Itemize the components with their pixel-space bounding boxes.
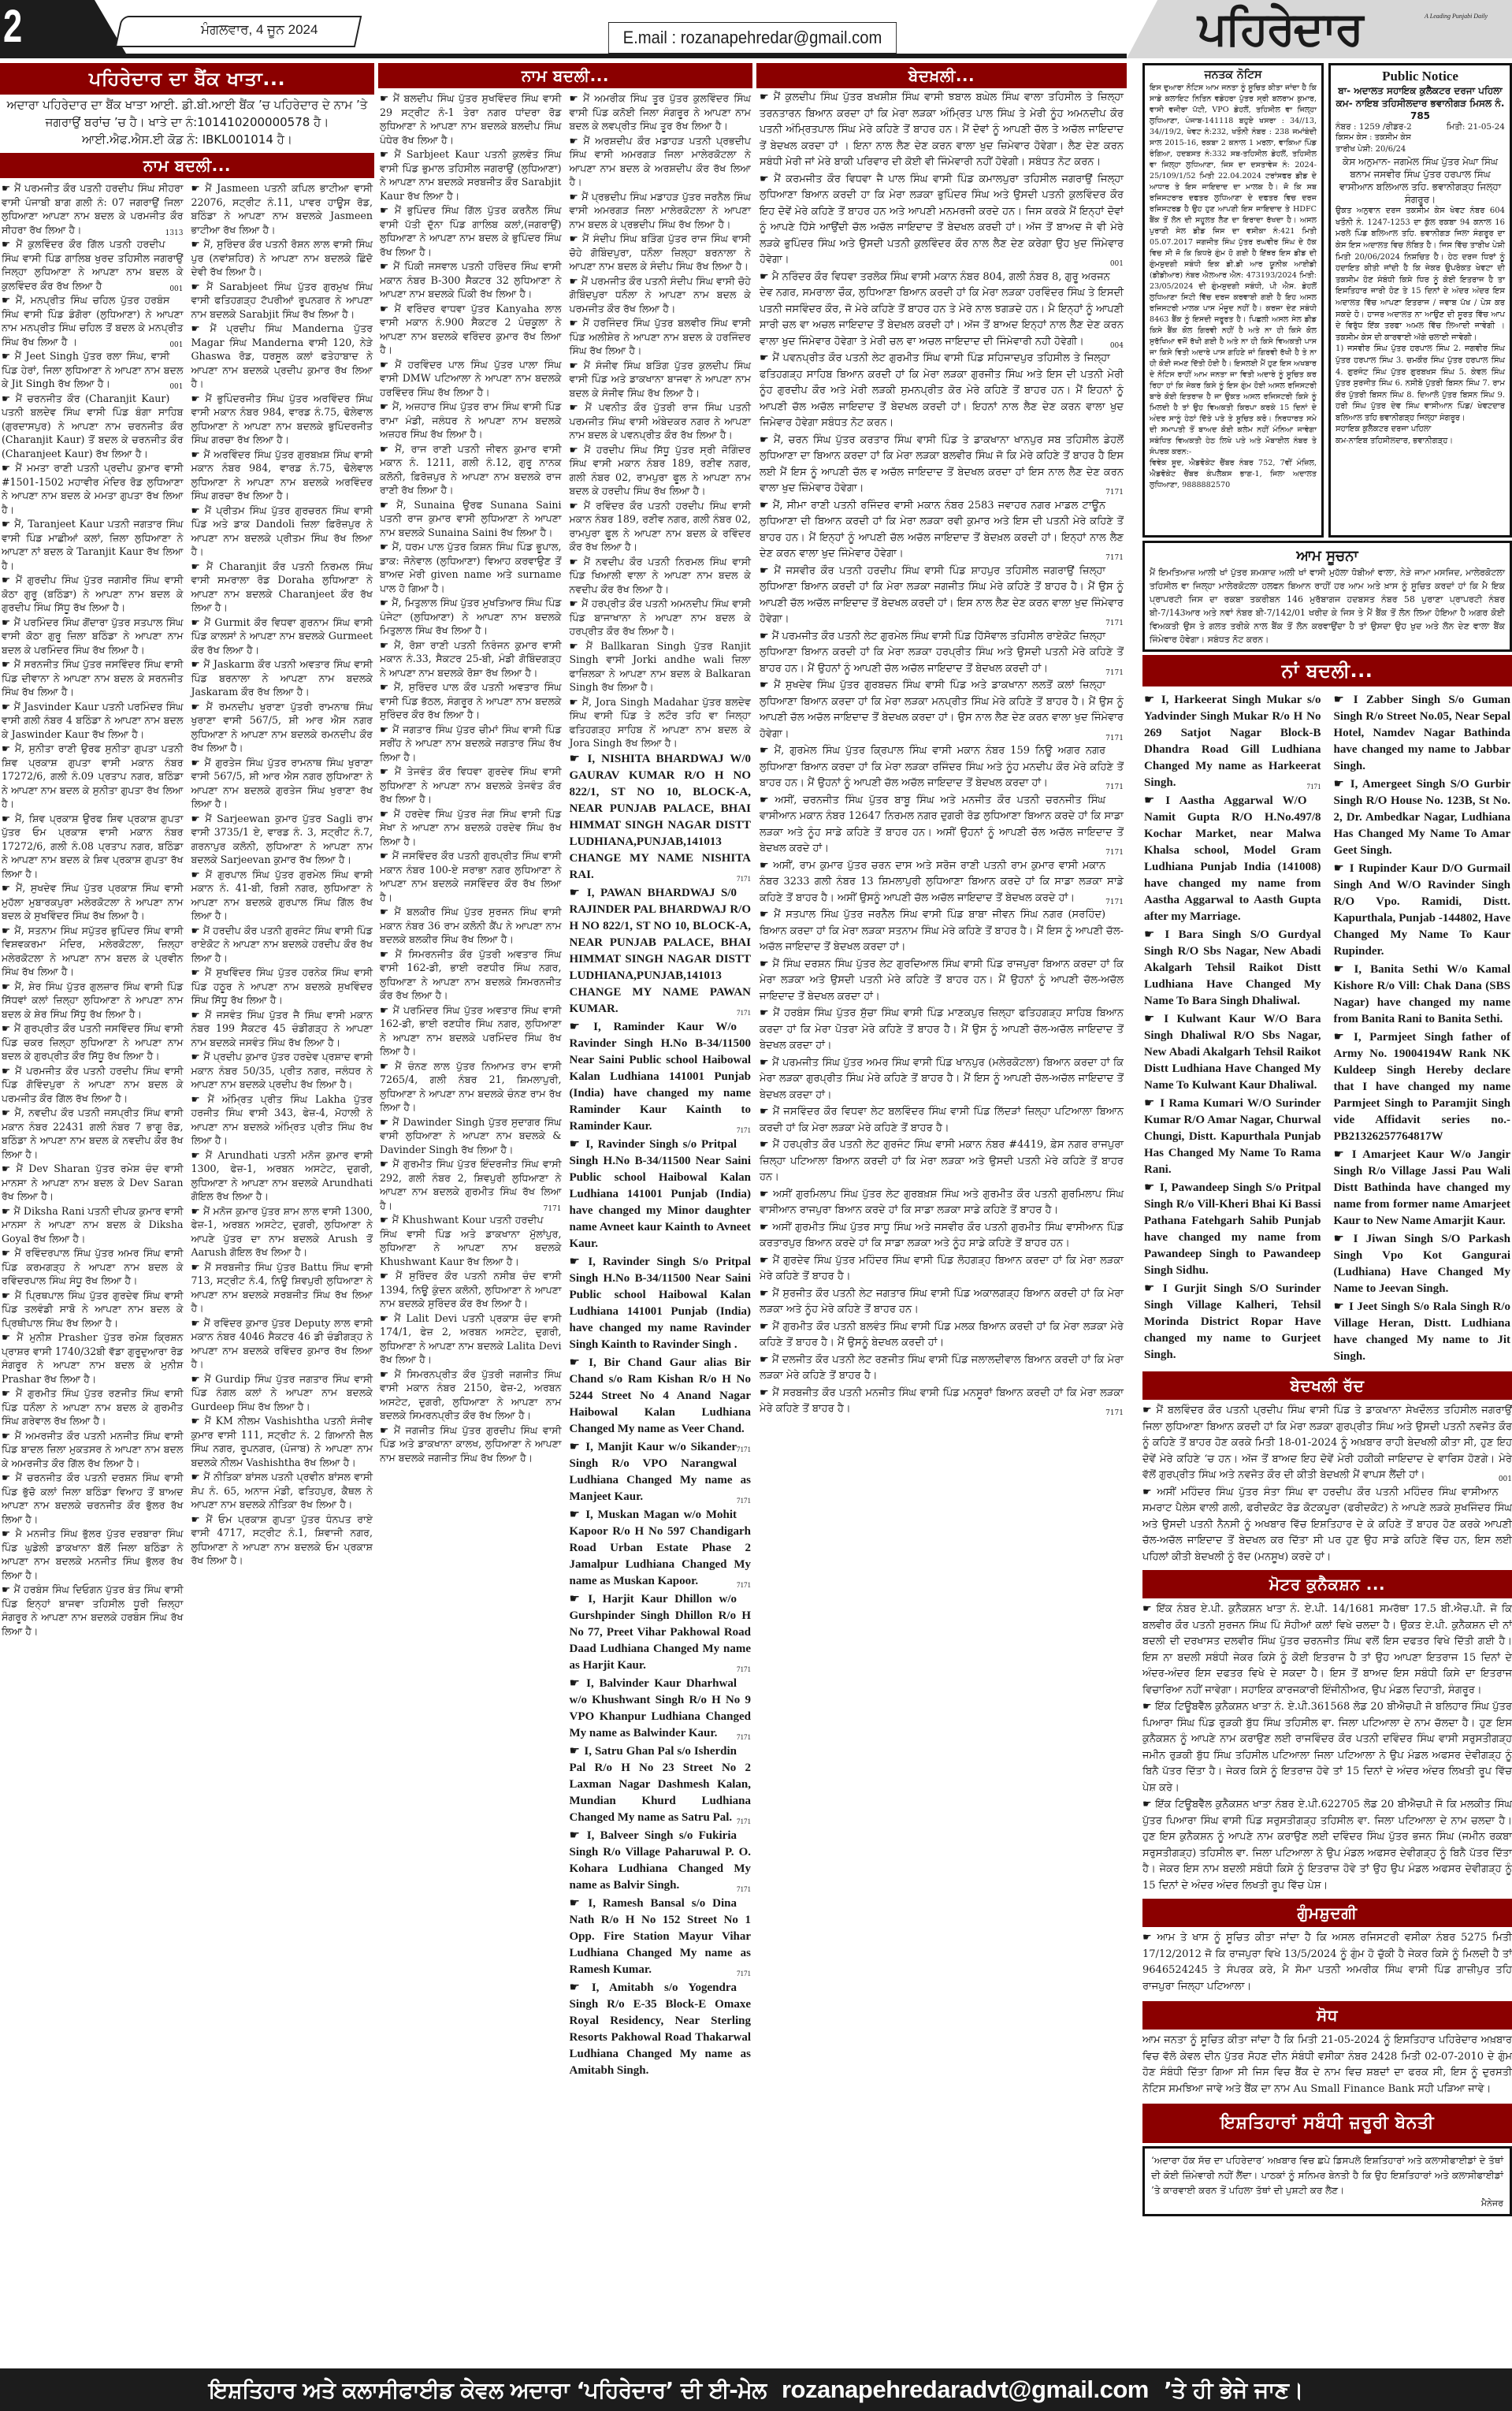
pointing-hand-icon: ☛: [2, 742, 15, 754]
notice-text: ਮੈਂ ਗੁਰਮੀਤ ਸਿੰਘ ਪੁੱਤਰ ਇੰਦਰਜੀਤ ਸਿੰਘ ਵਾਸੀ …: [380, 1158, 562, 1211]
pointing-hand-icon: ☛: [1334, 776, 1350, 791]
notice-text: ਮੈਂ Diksha Rani ਪਤਨੀ ਦੀਪਕ ਕੁਮਾਰ ਵਾਸੀ ਮਾਨ…: [2, 1205, 184, 1245]
notice-text: ਮੈਂ, ਸਤਨਾਮ ਸਿੰਘ ਸਪੁੱਤਰ ਭੁਪਿੰਦਰ ਸਿੰਘ ਵਾਸੀ…: [2, 925, 184, 978]
col1-subcolumns: ☛ ਮੈਂ ਪਰਮਜੀਤ ਕੌਰ ਪਤਨੀ ਹਰਦੀਪ ਸਿੰਘ ਸੀਹਰਾ ਵ…: [0, 181, 374, 1638]
pointing-hand-icon: ☛: [1142, 1799, 1155, 1810]
ad-code: 001: [1499, 1472, 1512, 1488]
newspaper-logo: ਪਹਿਰੇਦਾਰ: [1198, 2, 1362, 56]
ad-code: 7171: [544, 1203, 562, 1217]
ad-code: 004: [1110, 338, 1124, 355]
notice-text: ਮੈਂ ਮਨੋਜ ਕੁਮਾਰ ਪੁੱਤਰ ਸ਼ਾਮ ਲਾਲ ਵਾਸੀ 1300,…: [191, 1205, 373, 1259]
pointing-hand-icon: ☛: [570, 640, 586, 652]
notice-item: ☛ ਮੈਂ Diksha Rani ਪਤਨੀ ਦੀਪਕ ਕੁਮਾਰ ਵਾਸੀ ਮ…: [2, 1204, 184, 1246]
notice-item: ☛ ਮੈਂ, Taranjeet Kaur ਪਤਨੀ ਜਗਤਾਰ ਸਿੰਘ ਵਾ…: [2, 517, 184, 572]
notice-item: ☛ ਮੈਂ ਜਸਵਿੰਦਰ ਕੌਰ ਪਤਨੀ ਗੁਰਪ੍ਰੀਤ ਸਿੰਘ ਵਾਸ…: [380, 849, 562, 904]
notice-item: ☛ ਮੈਂ ਪ੍ਰਦੀਪ ਸਿੰਘ Manderna ਪੁੱਤਰ Magar ਸ…: [191, 322, 373, 391]
pointing-hand-icon: ☛: [380, 499, 396, 511]
pointing-hand-icon: ☛: [570, 275, 581, 287]
notice-text: ਮੈਂ ਨਵਦੀਪ ਕੌਰ ਪਤਨੀ ਨਿਰਮਲ ਸਿੰਘ ਵਾਸੀ ਪਿੰਡ …: [570, 556, 752, 595]
notice-item: ☛ I Jiwan Singh S/O Parkash Singh Vpo Ko…: [1334, 1230, 1511, 1297]
notice-item: ☛ ਮੈਂ ਭੁਪਿੰਦਰਜੀਤ ਸਿੰਘ ਪੁੱਤਰ ਅਰਵਿੰਦਰ ਸਿੰਘ…: [191, 392, 373, 447]
notice-text: I Rama Kumari W/O Surinder Kumar R/O Ama…: [1144, 1097, 1321, 1176]
pointing-hand-icon: ☛: [1142, 1486, 1157, 1498]
pointing-hand-icon: ☛: [760, 1222, 773, 1233]
pointing-hand-icon: ☛: [380, 724, 392, 735]
notice-text: ਮੈਂ ਕੁਲਦੀਪ ਸਿੰਘ ਪੁੱਤਰ ਬਖਸ਼ੀਸ਼ ਸਿੰਘ ਵਾਸੀ …: [760, 91, 1124, 168]
pointing-hand-icon: ☛: [2, 518, 14, 530]
pointing-hand-icon: ☛: [380, 400, 392, 412]
pointing-hand-icon: ☛: [2, 658, 14, 670]
pointing-hand-icon: ☛: [1142, 1701, 1155, 1713]
notice-text: ਮੈਂ ਅਮਰਜੀਤ ਕੌਰ ਪਤਨੀ ਮਨਜੀਤ ਸਿੰਘ ਵਾਸੀ ਪਿੰਡ…: [2, 1430, 184, 1469]
notice-text: ਮੈਂ, ਮਿਤੁਲਾਲ ਸਿੰਘ ਪੁੱਤਰ ਮੁਖਤਿਆਰ ਸਿੰਘ ਪਿੰ…: [380, 597, 562, 636]
ad-code: 7171: [737, 871, 751, 887]
notice-item: ☛ I, Banita Sethi W/o Kamal Kishore R/o …: [1334, 961, 1511, 1028]
notice-item: ☛ ਮੈਂ ਹਰਦੇਵ ਸਿੰਘ ਪੁੱਤਰ ਜੰਗ ਸਿੰਘ ਵਾਸੀ ਪਿੰ…: [380, 807, 562, 849]
notice-item: ☛ ਮੈਂ ਚੰਨਣ ਲਾਲ ਪੁੱਤਰ ਨਿਆਮਤ ਰਾਮ ਵਾਸੀ 7265…: [380, 1059, 562, 1114]
ad-code: 7171: [1105, 1405, 1124, 1422]
pointing-hand-icon: ☛: [570, 233, 583, 244]
notice-item: ☛ ਮੈਂ ਪਰਮਜੀਤ ਕੌਰ ਪਤਨੀ ਸੰਦੀਪ ਸਿੰਘ ਵਾਸੀ ਚੋ…: [570, 274, 752, 316]
pointing-hand-icon: ☛: [191, 393, 206, 404]
pointing-hand-icon: ☛: [380, 1158, 392, 1170]
col1-left-list: ☛ ਮੈਂ ਪਰਮਜੀਤ ਕੌਰ ਪਤਨੀ ਹਰਦੀਪ ਸਿੰਘ ਸੀਹਰਾ ਵ…: [2, 181, 184, 1638]
disinheritance-revoked-list: ☛ ਮੈਂ ਬਲਵਿੰਦਰ ਕੌਰ ਪਤਨੀ ਪ੍ਰਦੀਪ ਸਿੰਘ ਵਾਸੀ …: [1142, 1403, 1512, 1565]
notice-item: ☛ ਮੈਂ ਗੁਰਮੀਤ ਕੌਰ ਪਤਨੀ ਬਲਵੰਤ ਸਿੰਘ ਵਾਸੀ ਪਿ…: [760, 1319, 1124, 1352]
notice-item: ☛ ਮੈਂ ਹਰਬੰਸ ਸਿੰਘ ਪੁੱਤਰ ਸੁੱਚਾ ਸਿੰਘ ਵਾਸੀ ਪ…: [760, 1006, 1124, 1055]
pointing-hand-icon: ☛: [1144, 1281, 1163, 1295]
notice-text: ਮੈਂ ਦਲਜੀਤ ਕੌਰ ਪਤਨੀ ਲੇਟ ਰਣਜੀਤ ਸਿੰਘ ਵਾਸੀ ਪ…: [760, 1354, 1124, 1382]
ad-request-heading: ਇਸ਼ਤਿਹਾਰਾਂ ਸਬੰਧੀ ਜ਼ਰੂਰੀ ਬੇਨਤੀ: [1142, 2104, 1512, 2143]
notice-item: ☛ ਮੈਂ ਸਰਬਜੀਤ ਕੌਰ ਪਤਨੀ ਮਨਜੀਤ ਸਿੰਘ ਵਾਸੀ ਪਿ…: [760, 1386, 1124, 1418]
notice-text: ਮੈਂ, Taranjeet Kaur ਪਤਨੀ ਜਗਤਾਰ ਸਿੰਘ ਵਾਸੀ…: [2, 518, 184, 571]
pointing-hand-icon: ☛: [760, 434, 774, 446]
notice-text: ਮੈਂ ਬਲਕੀਰ ਸਿੰਘ ਪੁੱਤਰ ਸੁਰਜਨ ਸਿੰਘ ਵਾਸੀ ਮਕਾ…: [380, 906, 562, 945]
notice-item: ☛ I Kulwant Kaur W/O Bara Singh Dhaliwal…: [1144, 1010, 1321, 1094]
pointing-hand-icon: ☛: [191, 658, 204, 670]
notice-item: ☛ ਅਸੀਂ ਗੁਰਮਿਲਾਪ ਸਿੰਘ ਪੁੱਤਰ ਲੇਟ ਗੁਰਬਖ਼ਸ਼ …: [760, 1187, 1124, 1219]
pointing-hand-icon: ☛: [760, 1139, 773, 1151]
pointing-hand-icon: ☛: [1334, 692, 1354, 706]
disinheritance-heading: ਬੇਦਖ਼ਲੀ...: [756, 63, 1127, 88]
pointing-hand-icon: ☛: [2, 980, 15, 992]
pointing-hand-icon: ☛: [1334, 962, 1354, 976]
notice-text: ਮੈਂ ਪ੍ਰਦੀਪ ਕੁਮਾਰ ਪੁੱਤਰ ਹਰਦੇਵ ਪ੍ਰਸ਼ਾਦ ਵਾਸ…: [191, 1051, 373, 1090]
pointing-hand-icon: ☛: [380, 1004, 393, 1016]
notice-text: ਮੈਂ Lalit Devi ਪਤਨੀ ਪ੍ਰਕਾਸ਼ ਚੰਦ ਵਾਸੀ 174…: [380, 1312, 562, 1366]
pointing-hand-icon: ☛: [760, 1288, 772, 1300]
notice-text: ਮੈਂ ਸੁਖਵਿੰਦਰ ਸਿੰਘ ਪੁੱਤਰ ਹਰਨੇਕ ਸਿੰਘ ਵਾਸੀ …: [191, 966, 373, 1006]
pointing-hand-icon: ☛: [2, 925, 14, 936]
pointing-hand-icon: ☛: [380, 850, 392, 861]
notice-text: I, Balveer Singh s/o Fukiria Singh R/o V…: [570, 1829, 752, 1892]
notice-text: I Bara Singh S/O Gurdyal Singh R/O Sbs N…: [1144, 928, 1321, 1007]
correction-heading: ਸੋਧ: [1142, 2001, 1512, 2030]
notice-item: ☛ ਮੈਂ ਰਵਿੰਦਰ ਕੌਰ ਪਤਨੀ ਹਰਦੀਪ ਸਿੰਘ ਵਾਸੀ ਮਕ…: [570, 499, 752, 554]
notice-item: ☛ ਅਸੀਂ, ਚਰਨਜੀਤ ਸਿੰਘ ਪੁੱਤਰ ਬਾਬੂ ਸਿੰਘ ਅਤੇ …: [760, 793, 1124, 858]
pointing-hand-icon: ☛: [570, 556, 584, 567]
notice-text: ਮੈਂ, ਮਨਪ੍ਰੀਤ ਸਿੰਘ ਚਹਿਲ ਪੁੱਤਰ ਹਰਬੰਸ ਸਿੰਘ …: [2, 294, 184, 348]
notice-item: ☛ ਮੈਂ ਹਰਬੰਸ ਸਿੰਘ ਦਿਓਗਨ ਪੁੱਤਰ ਬੰਤ ਸਿੰਘ ਵਾ…: [2, 1583, 184, 1638]
notice-text: ਮੈਂ Arundhati ਪਤਨੀ ਮਨੋਜ ਕੁਮਾਰ ਵਾਸੀ 1300,…: [191, 1149, 373, 1203]
pointing-hand-icon: ☛: [2, 238, 16, 250]
legal-notices-row: ਜਨਤਕ ਨੋਟਿਸ ਇਸ ਦੁਆਰਾ ਨੋਟਿਸ ਆਮ ਜਨਤਾ ਨੂੰ ਸੂ…: [1142, 63, 1512, 538]
pointing-hand-icon: ☛: [380, 1368, 395, 1380]
ad-code: 7171: [737, 1661, 751, 1678]
notice-text: ਮੈਂ ਪ੍ਰੀਤਮ ਸਿੰਘ ਪੁੱਤਰ ਗੁਰਚਰਨ ਸਿੰਘ ਵਾਸੀ ਪ…: [191, 504, 373, 558]
notice-text: ਮੈ ਨਰਿੰਦਰ ਕੌਰ ਵਿਧਵਾ ਤਰਲੋਕ ਸਿੰਘ ਵਾਸੀ ਮਕਾਨ…: [760, 271, 1124, 348]
notice-text: ਮੈਂ ਬਲਵਿੰਦਰ ਕੌਰ ਪਤਨੀ ਪ੍ਰਦੀਪ ਸਿੰਘ ਵਾਸੀ ਪਿ…: [1142, 1405, 1512, 1481]
pointing-hand-icon: ☛: [760, 860, 773, 872]
notice-item: ☛ ਮੈਂ ਪ੍ਰਭਦੀਪ ਸਿੰਘ ਮਡਾਹੜ ਪੁੱਤਰ ਜਰਨੈਲ ਸਿੰ…: [570, 190, 752, 232]
ad-code: 7171: [737, 1005, 751, 1021]
notice-text: ਮੈਂ ਚਰਨਜੀਤ ਕੌਰ (Charanjit Kaur) ਪਤਨੀ ਬਲਦ…: [2, 393, 184, 460]
notice-item: ☛ I Rama Kumari W/O Surinder Kumar R/O A…: [1144, 1095, 1321, 1178]
notice-text: ਮੈਂ ਪਰਮਜੀਤ ਕੌਰ ਪਤਨੀ ਸੰਦੀਪ ਸਿੰਘ ਵਾਸੀ ਚੋਹੇ…: [570, 275, 752, 314]
case-body: ਉਕਤ ਅਨੁਵਾਨ ਦਰਜ ਤਕਸੀਮ ਕੇਸ ਖੇਵਟ ਨੰਬਰ 604 ਖ…: [1336, 206, 1505, 344]
pointing-hand-icon: ☛: [2, 462, 15, 474]
pointing-hand-icon: ☛: [191, 1205, 204, 1217]
notice-text: ਮੈਂ Jasvinder Kaur ਪਤਨੀ ਪਰਮਿੰਦਰ ਸਿੰਘ ਵਾਸ…: [2, 701, 184, 740]
notice-item: ☛ ਮੈਂ ਹਰਜਿੰਦਰ ਸਿੰਘ ਪੁੱਤਰ ਬਲਵੀਰ ਸਿੰਘ ਵਾਸੀ…: [570, 316, 752, 358]
col2-left-list: ☛ ਮੈਂ ਬਲਦੀਪ ਸਿੰਘ ਪੁੱਤਰ ਸੁਖਵਿੰਦਰ ਸਿੰਘ ਵਾਸ…: [380, 91, 562, 2079]
disinheritance-revoked-heading: ਬੇਦਖਲੀ ਰੱਦ: [1142, 1371, 1512, 1400]
pointing-hand-icon: ☛: [2, 574, 16, 586]
notice-text: ਮੈਂ ਪ੍ਰਦੀਪ ਸਿੰਘ Manderna ਪੁੱਤਰ Magar ਸਿੰ…: [191, 322, 373, 389]
notice-text: ਮੈਂ ਕੁਲਵਿੰਦਰ ਕੌਰ ਗਿੱਲ ਪਤਨੀ ਹਰਦੀਪ ਸਿੰਘ ਵਾ…: [2, 238, 184, 292]
notice-item: ☛ I, Bir Chand Gaur alias Bir Chand s/o …: [570, 1354, 752, 1438]
notice-item: ☛ ਮੈਂ ਸਰਬਜੀਤ ਸਿੰਘ ਪੁੱਤਰ Battu ਸਿੰਘ ਵਾਸੀ …: [191, 1260, 373, 1315]
notice-item: ☛ ਮੈਂ ਪ੍ਰਦੀਪ ਕੁਮਾਰ ਪੁੱਤਰ ਹਰਦੇਵ ਪ੍ਰਸ਼ਾਦ ਵ…: [191, 1050, 373, 1092]
ad-request-box: ‘ਅਦਾਰਾ ਹੱਕ ਸੱਚ ਦਾ ਪਹਿਰੇਦਾਰ’ ਅਖ਼ਬਾਰ ਵਿਚ ਛ…: [1142, 2146, 1512, 2216]
notice-text: ਮੈਂ ਗੁਰਦੇਵ ਸਿੰਘ ਪੁੱਤਰ ਮਹਿੰਦਰ ਸਿੰਘ ਵਾਸੀ ਪ…: [760, 1255, 1124, 1283]
notice-text: I Jeet Singh S/o Rala Singh R/o Village …: [1334, 1300, 1511, 1363]
pointing-hand-icon: ☛: [760, 352, 772, 364]
notice-text: I, Harjit Kaur Dhillon w/o Gurshpinder S…: [570, 1593, 752, 1672]
pointing-hand-icon: ☛: [2, 1107, 15, 1118]
notice-item: ☛ I Bara Singh S/O Gurdyal Singh R/O Sbs…: [1144, 926, 1321, 1010]
pointing-hand-icon: ☛: [1334, 1299, 1350, 1313]
notice-text: ਮੈਂ, ਅਜ਼ਹਾਰ ਸਿੰਘ ਪੁੱਤਰ ਰਾਮ ਸਿੰਘ ਵਾਸੀ ਪਿੰ…: [380, 400, 562, 440]
pointing-hand-icon: ☛: [570, 317, 583, 329]
notice-item: ☛ ਮੈਂ ਗੁਰਪਾਲ ਸਿੰਘ ਪੁੱਤਰ ਗੁਰਮੇਲ ਸਿੰਘ ਵਾਸੀ…: [191, 868, 373, 923]
pointing-hand-icon: ☛: [380, 906, 395, 917]
pointing-hand-icon: ☛: [380, 1060, 395, 1072]
pointing-hand-icon: ☛: [380, 1424, 394, 1436]
notice-text: ਮੈਂ ਰਮਨਦੀਪ ਖੁਰਾਣਾ ਪੁੱਤਰੀ ਰਾਮਨਾਥ ਸਿੰਘ ਖੁਰ…: [191, 701, 373, 754]
notice-item: ☛ ਮੈਂ ਅੰਮ੍ਰਿਤ ਪ੍ਰੀਤ ਸਿੰਘ Lakha ਪੁੱਤਰ ਹਰਜ…: [191, 1092, 373, 1148]
notice-item: ☛ ਮੈਂ Lalit Devi ਪਤਨੀ ਪ੍ਰਕਾਸ਼ ਚੰਦ ਵਾਸੀ 1…: [380, 1312, 562, 1367]
pointing-hand-icon: ☛: [2, 1527, 16, 1539]
notice-item: ☛ ਮੈਂ ਤੇਜਵੰਤ ਕੌਰ ਵਿਧਵਾ ਗੁਰਦੇਵ ਸਿੰਘ ਵਾਸੀ …: [380, 765, 562, 806]
pointing-hand-icon: ☛: [760, 958, 772, 970]
notice-text: ਮੈਂ ਹਰਪ੍ਰੀਤ ਕੌਰ ਪਤਨੀ ਲੇਟ ਗੁਰਜੰਟ ਸਿੰਘ ਵਾਸ…: [760, 1139, 1124, 1183]
motor-connection-heading: ਮੋਟਰ ਕੁਨੈਕਸ਼ਨ ...: [1142, 1570, 1512, 1598]
notice-item: ☛ ਮੈਂ ਨੀਤਿਕਾ ਬਾਂਸਲ ਪਤਨੀ ਪ੍ਰਵੀਨ ਬਾਂਸਲ ਵਾਸ…: [191, 1470, 373, 1512]
notice-item: ☛ ਮੈਂ ਅਰਵਿੰਦਰ ਸਿੰਘ ਪੁੱਤਰ ਗੁਰਬਖ਼ਸ਼ ਸਿੰਘ ਵ…: [191, 448, 373, 503]
pointing-hand-icon: ☛: [191, 701, 206, 713]
bank-account-text: ਅਦਾਰਾ ਪਹਿਰੇਦਾਰ ਦਾ ਬੈਂਕ ਖਾਤਾ ਆਈ. ਡੀ.ਬੀ.ਆਈ…: [0, 95, 374, 150]
notice-text: ਮੈਂ, ਰੋਸ਼ਾ ਰਾਣੀ ਪਤਨੀ ਨਿਰੰਜਨ ਕੁਮਾਰ ਵਾਸੀ ਮ…: [380, 639, 562, 679]
pointing-hand-icon: ☛: [760, 631, 772, 642]
case-title: ਕੇਸ ਅਨੁਮਾਨ- ਜਗਮੇਲ ਸਿੰਘ ਪੁੱਤਰ ਮੇਘਾ ਸਿੰਘ ਬ…: [1336, 155, 1505, 206]
footer-suffix: ’ਤੇ ਹੀ ਭੇਜੇ ਜਾਣ।: [1164, 2377, 1303, 2403]
pointing-hand-icon: ☛: [380, 1214, 392, 1226]
notice-item: ☛ ਮੈਂ, ਮਨਪ੍ਰੀਤ ਸਿੰਘ ਚਹਿਲ ਪੁੱਤਰ ਹਰਬੰਸ ਸਿੰ…: [2, 293, 184, 348]
notice-text: ਮੈਂ, ਨਵਦੀਪ ਕੌਰ ਪਤਨੀ ਜਸਪ੍ਰੀਤ ਸਿੰਘ ਵਾਸੀ ਮਕ…: [2, 1107, 184, 1160]
case-parties: 1) ਜਸਵੀਰ ਸਿੰਘ ਪੁੱਤਰ ਹਰਪਾਲ ਸਿੰਘ 2. ਜਗਵੀਰ …: [1336, 344, 1505, 424]
pointing-hand-icon: ☛: [570, 1137, 586, 1151]
ad-code: 7171: [737, 1442, 751, 1458]
notice-item: ☛ I Zabber Singh S/o Guman Singh R/o Str…: [1334, 691, 1511, 775]
name-change-en-subcolumns: ☛ I, Harkeerat Singh Mukar s/o Yadvinder…: [1142, 691, 1512, 1365]
motor-connection-list: ☛ ਇੱਕ ਨੰਬਰ ਏ.ਪੀ. ਕੁਨੈਕਸ਼ਨ ਖਾਤਾ ਨੰ. ਏ.ਪੀ.…: [1142, 1602, 1512, 1894]
notice-text: ਮੈਂ Khushwant Kour ਪਤਨੀ ਹਰਦੀਪ ਸਿੰਘ ਵਾਸੀ …: [380, 1214, 562, 1267]
notice-item: ☛ ਮੈਂ ਹਰਪ੍ਰੀਤ ਕੌਰ ਪਤਨੀ ਅਮਨਦੀਪ ਸਿੰਘ ਵਾਸੀ …: [570, 597, 752, 638]
notice-text: ਮੈਂ Dev Sharan ਪੁੱਤਰ ਰਮੇਸ਼ ਚੰਦ ਵਾਸੀ ਮਾਨਸ…: [2, 1163, 184, 1202]
pointing-hand-icon: ☛: [760, 500, 773, 512]
notice-item: ☛ ਮੈਂ Dawinder Singh ਪੁੱਤਰ ਸੁਦਾਗਰ ਸਿੰਘ ਵ…: [380, 1115, 562, 1157]
notice-text: ਮੈਂ ਅਮਰੀਕ ਸਿੰਘ ਤੂਰ ਪੁੱਤਰ ਕੁਲਵਿੰਦਰ ਸਿੰਘ ਵ…: [570, 92, 752, 132]
notice-text: ਅਸੀਂ ਗੁਰਮਿਲਾਪ ਸਿੰਘ ਪੁੱਤਰ ਲੇਟ ਗੁਰਬਖ਼ਸ਼ ਸਿ…: [760, 1189, 1124, 1217]
pointing-hand-icon: ☛: [1144, 793, 1165, 807]
footer-email-link[interactable]: rozanapehredaradvt@gmail.com: [782, 2376, 1149, 2403]
pointing-hand-icon: ☛: [380, 303, 395, 314]
notice-item: ☛ ਮੈਂ ਬਲਦੀਪ ਸਿੰਘ ਪੁੱਤਰ ਸੁਖਵਿੰਦਰ ਸਿੰਘ ਵਾਸ…: [380, 91, 562, 147]
pointing-hand-icon: ☛: [2, 182, 14, 194]
notice-item: ☛ I, Ravinder Singh S/o Pritpal Singh H.…: [570, 1253, 752, 1353]
pointing-hand-icon: ☛: [191, 504, 205, 516]
notice-text: ਮੈਂ ਚੰਨਣ ਲਾਲ ਪੁੱਤਰ ਨਿਆਮਤ ਰਾਮ ਵਾਸੀ 7265/4…: [380, 1060, 562, 1114]
notice-text: ਮੈਂ ਸਿੰਘ ਦਰਸ਼ਨ ਸਿੰਘ ਪੁੱਤਰ ਲੇਟ ਗੁਰਦਿਆਲ ਸਿ…: [760, 958, 1124, 1003]
pointing-hand-icon: ☛: [380, 948, 396, 960]
page-number: 2: [3, 3, 22, 50]
notice-item: ☛ ਮੈਂ Charanjit ਕੌਰ ਪਤਨੀ ਨਿਰਮਲ ਸਿੰਘ ਵਾਸੀ…: [191, 560, 373, 615]
pointing-hand-icon: ☛: [380, 541, 392, 553]
pointing-hand-icon: ☛: [191, 182, 206, 194]
notice-text: ਮੈਂ ਹਰਦੀਪ ਕੌਰ ਪਤਨੀ ਗੁਰਜੰਟ ਸਿੰਘ ਵਾਸੀ ਪਿੰਡ…: [191, 925, 373, 964]
public-notice-court: Public Notice ਬਾ- ਅਦਾਲਤ ਸਹਾਇਕ ਕੁਲੈਕਟਰ ਦਰ…: [1328, 63, 1512, 538]
notice-item: ☛ ਮੈਂ, ਰਾਜ ਰਾਣੀ ਪਤਨੀ ਜੀਵਨ ਕੁਮਾਰ ਵਾਸੀ ਮਕਾ…: [380, 442, 562, 497]
notice-item: ☛ ਇੱਕ ਨੰਬਰ ਏ.ਪੀ. ਕੁਨੈਕਸ਼ਨ ਖਾਤਾ ਨੰ. ਏ.ਪੀ.…: [1142, 1602, 1512, 1698]
notice-item: ☛ ਮੈਂ, ਅਜ਼ਹਾਰ ਸਿੰਘ ਪੁੱਤਰ ਰਾਮ ਸਿੰਘ ਵਾਸੀ ਪ…: [380, 400, 562, 441]
notice-text: ਮੈਂ ਪਰਮਿੰਦਰ ਸਿੰਘ ਗੋਂਦਾਰਾ ਪੁੱਤਰ ਸਤਪਾਲ ਸਿੰ…: [2, 616, 184, 656]
notice-text: ਮੈਂ ਗੁਰਪ੍ਰੀਤ ਕੌਰ ਪਤਨੀ ਜਸਵਿੰਦਰ ਸਿੰਘ ਵਾਸੀ …: [2, 1022, 184, 1062]
notice-text: ਮੈਂ ਜਸਵੰਤ ਸਿੰਘ ਪੁੱਤਰ ਜੈ ਸਿੰਘ ਵਾਸੀ ਮਕਾਨ ਨ…: [191, 1009, 373, 1048]
notice-item: ☛ ਮੈਂ ਮੁਨੀਸ਼ Prasher ਪੁੱਤਰ ਰਮੇਸ਼ ਕ੍ਰਿਸ਼ਨ…: [2, 1330, 184, 1386]
pointing-hand-icon: ☛: [1144, 1011, 1164, 1025]
notice-text: ਇੱਕ ਟਿਊਬਵੈੱਲ ਕੁਨੈਕਸ਼ਨ ਖਾਤਾ ਨੰਬਰ ਏ.ਪੀ.622…: [1142, 1799, 1512, 1892]
notice-text: I, Pawandeep Singh S/o Pritpal Singh R/o…: [1144, 1181, 1321, 1277]
notice-text: ਮੈਂ Charanjit ਕੌਰ ਪਤਨੀ ਨਿਰਮਲ ਸਿੰਘ ਵਾਸੀ ਸ…: [191, 560, 373, 614]
notice-text: ਮੈਂ ਵਰਿੰਦਰ ਵਾਧਵਾ ਪੁੱਤਰ Kanyaha ਲਾਲ ਵਾਸੀ …: [380, 303, 562, 356]
pointing-hand-icon: ☛: [380, 260, 393, 272]
notice-item: ☛ ਮੈਂ Sarbjeet Kaur ਪਤਨੀ ਕੁਲਵੰਤ ਸਿੰਘ ਵਾਸ…: [380, 147, 562, 203]
notice-item: ☛ ਮੈਂ ਭੁਪਿੰਦਰ ਸਿੰਘ ਗਿੱਲ ਪੁੱਤਰ ਕਰਨੈਲ ਸਿੰਘ…: [380, 203, 562, 259]
notice-text: ਮੈਂ ਮੁਨੀਸ਼ Prasher ਪੁੱਤਰ ਰਮੇਸ਼ ਕ੍ਰਿਸ਼ਨ ਪ…: [2, 1331, 184, 1385]
notice-item: ☛ ਮੈਂ ਜਗਜੀਤ ਸਿੰਘ ਪੁੱਤਰ ਗੁਰਦੀਪ ਸਿੰਘ ਵਾਸੀ …: [380, 1423, 562, 1465]
col2-subcolumns: ☛ ਮੈਂ ਬਲਦੀਪ ਸਿੰਘ ਪੁੱਤਰ ਸੁਖਵਿੰਦਰ ਸਿੰਘ ਵਾਸ…: [378, 91, 752, 2079]
ad-code: 7171: [1307, 779, 1321, 795]
column-3: ਬੇਦਖ਼ਲੀ... ☛ ਮੈਂ ਕੁਲਦੀਪ ਸਿੰਘ ਪੁੱਤਰ ਬਖਸ਼ੀ…: [756, 63, 1127, 1422]
notice-item: ☛ ਮੈਂ, ਸੁਖਦੇਵ ਸਿੰਘ ਪੁੱਤਰ ਪ੍ਰਕਾਸ਼ ਸਿੰਘ ਵਾ…: [2, 881, 184, 923]
notice-text: ਮੈਂ, ਸੀਮਾ ਰਾਣੀ ਪਤਨੀ ਰਜਿੰਦਰ ਵਾਸੀ ਮਕਾਨ ਨੰਬ…: [760, 500, 1124, 560]
pointing-hand-icon: ☛: [760, 271, 772, 283]
column-4: ਜਨਤਕ ਨੋਟਿਸ ਇਸ ਦੁਆਰਾ ਨੋਟਿਸ ਆਮ ਜਨਤਾ ਨੂੰ ਸੂ…: [1142, 63, 1512, 2216]
pointing-hand-icon: ☛: [570, 885, 587, 899]
case-date: ਮਿਤੀ: 21-05-24: [1447, 122, 1505, 132]
notice-text: ਮੈਂ Gurdip ਸਿੰਘ ਪੁੱਤਰ ਜਗਤਾਰ ਸਿੰਘ ਵਾਸੀ ਪਿ…: [191, 1373, 373, 1412]
pointing-hand-icon: ☛: [570, 1439, 586, 1453]
notice-text: ਮੈਂ Jasmeen ਪਤਨੀ ਕਪਿਲ ਭਾਟੀਆ ਵਾਸੀ 22076, …: [191, 182, 373, 236]
notice-text: ਮੈਂ, ਸ਼ਿਵ ਪ੍ਰਕਾਸ਼ ਉਰਫ ਸ਼ਿਵ ਪ੍ਰਕਾਸ਼ ਗੁਪਤਾ…: [2, 813, 184, 880]
pointing-hand-icon: ☛: [2, 1205, 13, 1217]
notice-item: ☛ ਮੈਂ ਕਰਮਜੀਤ ਕੌਰ ਵਿਧਵਾ ਜੈ ਪਾਲ ਸਿੰਘ ਵਾਸੀ …: [760, 172, 1124, 269]
notice-text: ਮੈਂ ਭੁਪਿੰਦਰਜੀਤ ਸਿੰਘ ਪੁੱਤਰ ਅਰਵਿੰਦਰ ਸਿੰਘ ਵ…: [191, 393, 373, 446]
notice-text: I, Manjit Kaur w/o Sikander Singh R/o VP…: [570, 1441, 752, 1503]
notice-text: ਮੈਂ, ਸੁਰਿੰਦਰ ਕੌਰ ਪਤਨੀ ਰੋਸ਼ਨ ਲਾਲ ਵਾਸੀ ਸਿੰ…: [191, 238, 373, 277]
pointing-hand-icon: ☛: [380, 1312, 394, 1324]
notice-text: ਮੈਂ Ballkaran Singh ਪੁੱਤਰ Ranjit Singh ਵ…: [570, 640, 752, 694]
name-change-en-left: ☛ I, Harkeerat Singh Mukar s/o Yadvinder…: [1144, 691, 1321, 1365]
pointing-hand-icon: ☛: [2, 701, 14, 713]
notice-item: ☛ ਮੈਂ ਪਵਨੀਤ ਕੌਰ ਪੁੱਤਰੀ ਰਾਜ ਸਿੰਘ ਪਤਨੀ ਪਰਮ…: [570, 400, 752, 442]
notice-item: ☛ I, Manjit Kaur w/o Sikander Singh R/o …: [570, 1438, 752, 1505]
notice-text: ਮੈਂ ਓਮ ਪ੍ਰਕਾਸ਼ ਗੁਪਤਾ ਪੁੱਤਰ ਧੰਨਪਤ ਰਾਏ ਵਾਸ…: [191, 1513, 373, 1567]
pointing-hand-icon: ☛: [191, 448, 204, 460]
notice-item: ☛ ਮੈਂ ਅਰਸ਼ਦੀਪ ਕੌਰ ਮਡਾਹੜ ਪਤਨੀ ਪ੍ਰਭਦੀਪ ਸਿੰ…: [570, 134, 752, 189]
notice-item: ☛ ਮੈਂ Ballkaran Singh ਪੁੱਤਰ Ranjit Singh…: [570, 639, 752, 694]
notice-item: ☛ I, Amitabh s/o Yogendra Singh R/o E-35…: [570, 1979, 752, 2079]
notice-text: I Amarjeet Kaur W/o Jangir Singh R/o Vil…: [1334, 1148, 1511, 1227]
pointing-hand-icon: ☛: [570, 1676, 587, 1690]
notice-item: ☛ ਮੈਂ ਹਰਪ੍ਰੀਤ ਕੌਰ ਪਤਨੀ ਲੇਟ ਗੁਰਜੰਟ ਸਿੰਘ ਵ…: [760, 1137, 1124, 1186]
notice-text: ਮੈਂ ਹਰਦੇਵ ਸਿੰਘ ਪੁੱਤਰ ਜੰਗ ਸਿੰਘ ਵਾਸੀ ਪਿੰਡ …: [380, 808, 562, 847]
pointing-hand-icon: ☛: [1142, 1932, 1152, 1944]
pointing-hand-icon: ☛: [191, 1051, 204, 1062]
hearing-date: ਤਾਰੀਖ ਪੇਸ਼ੀ: 20/6/24: [1336, 144, 1505, 156]
notice-item: ☛ ਮੈਂ Khushwant Kour ਪਤਨੀ ਹਰਦੀਪ ਸਿੰਘ ਵਾਸ…: [380, 1213, 562, 1268]
notice-text: ਮੈਂ ਗੁਰਦੀਪ ਸਿੰਘ ਪੁੱਤਰ ਜਗਸੀਰ ਸਿੰਘ ਵਾਸੀ ਕੋ…: [2, 574, 184, 613]
notice-item: ☛ ਮੈਂ ਗੁਰਤੇਜ ਸਿੰਘ ਪੁੱਤਰ ਰਾਮਨਾਥ ਸਿੰਘ ਖੁਰਾ…: [191, 756, 373, 811]
notice-item: ☛ ਮੈਂ, ਸੁਰਿੰਦਰ ਪਾਲ ਕੌਰ ਪਤਨੀ ਅਵਤਾਰ ਸਿੰਘ ਵ…: [380, 680, 562, 722]
notice-item: ☛ ਮੈਂ ਰਵਿੰਦਰਪਾਲ ਸਿੰਘ ਪੁੱਤਰ ਅਮਰ ਸਿੰਘ ਵਾਸੀ…: [2, 1246, 184, 1288]
pointing-hand-icon: ☛: [2, 1387, 16, 1399]
notice-text: ਮੈਂ, ਰਾਜ ਰਾਣੀ ਪਤਨੀ ਜੀਵਨ ਕੁਮਾਰ ਵਾਸੀ ਮਕਾਨ …: [380, 443, 562, 497]
name-change-heading-1: ਨਾਮ ਬਦਲੀ...: [0, 153, 374, 178]
notice-item: ☛ ਮੈਂ Gurmit ਕੌਰ ਵਿਧਵਾ ਗੁਰਨਾਮ ਸਿੰਘ ਵਾਸੀ …: [191, 616, 373, 657]
pointing-hand-icon: ☛: [191, 869, 206, 880]
notice-text: ਮੈਂ ਨੀਤਿਕਾ ਬਾਂਸਲ ਪਤਨੀ ਪ੍ਰਵੀਨ ਬਾਂਸਲ ਵਾਸੀ …: [191, 1471, 373, 1510]
notice-text: I, Banita Sethi W/o Kamal Kishore R/o Vi…: [1334, 963, 1511, 1025]
missing-document-heading: ਗੁੰਮਸ਼ੁਦਗੀ: [1142, 1899, 1512, 1927]
ad-code: 7171: [737, 1966, 751, 1982]
pointing-hand-icon: ☛: [570, 751, 588, 765]
notice-text: ਮੈਂ ਤੇਜਵੰਤ ਕੌਰ ਵਿਧਵਾ ਗੁਰਦੇਵ ਸਿੰਘ ਵਾਸੀ ਲੁ…: [380, 765, 562, 805]
pointing-hand-icon: ☛: [191, 925, 203, 936]
pointing-hand-icon: ☛: [380, 92, 393, 104]
column-1: ਪਹਿਰੇਦਾਰ ਦਾ ਬੈਂਕ ਖਾਤਾ... ਅਦਾਰਾ ਪਹਿਰੇਦਾਰ …: [0, 63, 374, 1638]
notice-item: ☛ ਮੈਂ, ਸੁਰਿੰਦਰ ਕੌਰ ਪਤਨੀ ਰੋਸ਼ਨ ਲਾਲ ਵਾਸੀ ਸ…: [191, 237, 373, 279]
pointing-hand-icon: ☛: [760, 173, 774, 185]
notice-text: I, Raminder Kaur W/o Ravinder Singh H.No…: [570, 1021, 752, 1133]
pointing-hand-icon: ☛: [1334, 1231, 1354, 1245]
header-email[interactable]: E.mail : rozanapehredar@gmail.com: [608, 22, 897, 54]
notice-text: ਮੈਂ Sarabjeet ਸਿੰਘ ਪੁੱਤਰ ਗੁਰਮੁਖ ਸਿੰਘ ਵਾਸ…: [191, 281, 373, 320]
header-wedge: [47, 0, 126, 54]
notice-text: ਮੈਂ ਸਰਬਜੀਤ ਕੌਰ ਪਤਨੀ ਮਨਜੀਤ ਸਿੰਘ ਵਾਸੀ ਪਿੰਡ…: [760, 1387, 1124, 1416]
pointing-hand-icon: ☛: [570, 1254, 589, 1268]
pointing-hand-icon: ☛: [570, 1980, 592, 1994]
notice-text: ਇੱਕ ਨੰਬਰ ਏ.ਪੀ. ਕੁਨੈਕਸ਼ਨ ਖਾਤਾ ਨੰ. ਏ.ਪੀ. 1…: [1142, 1603, 1512, 1696]
notice-text: I, Ravinder Singh S/o Pritpal Singh H.No…: [570, 1256, 752, 1351]
notice-text: ਮੈਂ ਪਰਮਿੰਦਰ ਸਿੰਘ ਪੁੱਤਰ ਅਵਤਾਰ ਸਿੰਘ ਵਾਸੀ 1…: [380, 1004, 562, 1058]
pointing-hand-icon: ☛: [191, 1317, 204, 1329]
notice-item: ☛ ਮੈਂ ਹਰਦੀਪ ਕੌਰ ਪਤਨੀ ਗੁਰਜੰਟ ਸਿੰਘ ਵਾਸੀ ਪਿ…: [191, 924, 373, 966]
notice-item: ☛ ਮੈਂ, ਗੁਰਮੇਲ ਸਿੰਘ ਪੁੱਤਰ ਕ੍ਰਿਪਾਲ ਸਿੰਘ ਵਾ…: [760, 743, 1124, 792]
notice-text: ਅਸੀਂ ਮਹਿੰਦਰ ਸਿੰਘ ਪੁੱਤਰ ਸੰਤਾ ਸਿੰਘ ਵਾ ਹਰਦੀ…: [1142, 1486, 1512, 1563]
notice-text: ਮੈਂ Jaskarm ਕੌਰ ਪਤਨੀ ਅਵਤਾਰ ਸਿੰਘ ਵਾਸੀ ਪਿੰ…: [191, 658, 373, 698]
notice-text: ਮੈਂ ਸੰਦੀਪ ਸਿੰਘ ਬੜਿੰਗ ਪੁੱਤਰ ਰਾਜ ਸਿੰਘ ਵਾਸੀ…: [570, 233, 752, 272]
notice-item: ☛ ਮੈਂ ਬਲਵਿੰਦਰ ਕੌਰ ਪਤਨੀ ਪ੍ਰਦੀਪ ਸਿੰਘ ਵਾਸੀ …: [1142, 1403, 1512, 1484]
notice-item: ☛ I Aastha Aggarwal W/O Namit Gupta R/O …: [1144, 792, 1321, 925]
notice-text: ਮੈਂ Sarbjeet Kaur ਪਤਨੀ ਕੁਲਵੰਤ ਸਿੰਘ ਵਾਸੀ …: [380, 148, 562, 202]
pointing-hand-icon: ☛: [760, 794, 775, 806]
footer-prefix: ਇਸ਼ਤਿਹਾਰ ਅਤੇ ਕਲਾਸੀਫਾਈਡ ਕੇਵਲ ਅਦਾਰਾ ‘ਪਹਿਰੇ…: [209, 2377, 767, 2403]
pointing-hand-icon: ☛: [380, 808, 394, 820]
notice-item: ☛ I, Amergeet Singh S/O Gurbir Singh R/O…: [1334, 776, 1511, 859]
notice-text: ਮੈਂ ਗੁਰਮੀਤ ਕੌਰ ਪਤਨੀ ਬਲਵੰਤ ਸਿੰਘ ਵਾਸੀ ਪਿੰਡ…: [760, 1321, 1124, 1349]
pointing-hand-icon: ☛: [570, 1828, 587, 1842]
pointing-hand-icon: ☛: [191, 1149, 206, 1161]
pointing-hand-icon: ☛: [760, 1057, 772, 1069]
pointing-hand-icon: ☛: [570, 191, 582, 203]
notice-text: ਮੈਂ ਜਸਵੀਰ ਕੌਰ ਪਤਨੀ ਹਰਦੀਪ ਸਿੰਘ ਵਾਸੀ ਪਿੰਡ …: [760, 565, 1124, 626]
pointing-hand-icon: ☛: [760, 909, 774, 921]
notice-item: ☛ ਮੈਂ ਕੁਲਵਿੰਦਰ ਕੌਰ ਗਿੱਲ ਪਤਨੀ ਹਰਦੀਪ ਸਿੰਘ …: [2, 237, 184, 292]
pointing-hand-icon: ☛: [191, 1415, 205, 1427]
notice-text: I, Muskan Magan w/o Mohit Kapoor R/o H N…: [570, 1509, 752, 1587]
pointing-hand-icon: ☛: [760, 1255, 773, 1267]
notice-text: ਮੈਂ ਪਵਨਪ੍ਰੀਤ ਕੌਰ ਪਤਨੀ ਲੇਟ ਗੁਰਮੀਤ ਸਿੰਘ ਵਾ…: [760, 352, 1124, 429]
notice-text: I, PAWAN BHARDWAJ S/0 RAJINDER PAL BHARD…: [570, 887, 752, 1015]
pointing-hand-icon: ☛: [570, 696, 582, 708]
col1-right-list: ☛ ਮੈਂ Jasmeen ਪਤਨੀ ਕਪਿਲ ਭਾਟੀਆ ਵਾਸੀ 22076…: [191, 181, 373, 1638]
pointing-hand-icon: ☛: [760, 1354, 772, 1366]
pointing-hand-icon: ☛: [380, 204, 395, 216]
case-number: ਨੰਬਰ : 1259 /ਰੀਡਰ-2: [1336, 122, 1412, 132]
notice-text: I Gurjit Singh S/O Surinder Singh Villag…: [1144, 1282, 1321, 1361]
public-notice-punjabi-signature: ਵਿਵੇਕ ਸੂਦ, ਐਡਵੋਕੇਟ ਚੈਂਬਰ ਨੰਬਰ 752, 7ਵੀਂ …: [1150, 458, 1317, 491]
pointing-hand-icon: ☛: [380, 443, 395, 455]
notice-item: ☛ ਮੈਂ ਸੁਰਿੰਦਰ ਕੌਰ ਪਤਨੀ ਨਸੀਬ ਚੰਦ ਵਾਸੀ 139…: [380, 1269, 562, 1311]
notice-text: ਮੈਂ, Sunaina ਉਰਫ Sunana Saini ਪਤਨੀ ਰਾਜ ਕ…: [380, 499, 562, 538]
notice-text: ਮੈਂ ਸੁਰਿੰਦਰ ਕੌਰ ਪਤਨੀ ਨਸੀਬ ਚੰਦ ਵਾਸੀ 1394,…: [380, 1270, 562, 1309]
notice-item: ☛ ਮੈਂ ਪ੍ਰਿਥਪਾਲ ਸਿੰਘ ਪੁੱਤਰ ਗੁਰਦੇਵ ਸਿੰਘ ਵਾ…: [2, 1289, 184, 1330]
general-notice: ਆਮ ਸੂਚਨਾ ਮੈਂ ਇਮਤਿਆਜ਼ ਆਲੀ ਖਾਂ ਪੁੱਤਰ ਸ਼ਮਸ਼…: [1142, 541, 1512, 652]
notice-text: I, Parmjeet Singh father of Army No. 190…: [1334, 1031, 1511, 1143]
notice-item: ☛ ਮੈਂ ਪਵਨਪ੍ਰੀਤ ਕੌਰ ਪਤਨੀ ਲੇਟ ਗੁਰਮੀਤ ਸਿੰਘ …: [760, 351, 1124, 432]
notice-text: ਮੈਂ ਹਰਵਿੰਦਰ ਪਾਲ ਸਿੰਘ ਪੁੱਤਰ ਪਾਲਾ ਸਿੰਘ ਵਾਸ…: [380, 359, 562, 398]
notice-item: ☛ ਮੈਂ ਰਵਿੰਦਰ ਕੁਮਾਰ ਪੁੱਤਰ Deputy ਲਾਲ ਵਾਸੀ…: [191, 1316, 373, 1371]
notice-item: ☛ ਮੈਂ ਪਰਮਿੰਦਰ ਸਿੰਘ ਗੋਂਦਾਰਾ ਪੁੱਤਰ ਸਤਪਾਲ ਸ…: [2, 616, 184, 657]
ad-code: 7171: [737, 1122, 751, 1139]
notice-text: ਮੈਂ ਰਵਿੰਦਰਪਾਲ ਸਿੰਘ ਪੁੱਤਰ ਅਮਰ ਸਿੰਘ ਵਾਸੀ ਪ…: [2, 1247, 184, 1286]
notice-text: ਮੈਂ Jeet Singh ਪੁੱਤਰ ਰਲਾ ਸਿੰਘ, ਵਾਸੀ ਪਿੰਡ…: [2, 350, 184, 389]
general-notice-text: ਮੈਂ ਇਮਤਿਆਜ਼ ਆਲੀ ਖਾਂ ਪੁੱਤਰ ਸ਼ਮਸ਼ਾਦ ਅਲੀ ਖਾ…: [1150, 566, 1505, 646]
notice-text: ਮੈਂ ਅੰਮ੍ਰਿਤ ਪ੍ਰੀਤ ਸਿੰਘ Lakha ਪੁੱਤਰ ਹਰਜੀਤ…: [191, 1093, 373, 1147]
notice-item: ☛ ਮੈਂ ਸੰਦੀਪ ਸਿੰਘ ਬੜਿੰਗ ਪੁੱਤਰ ਰਾਜ ਸਿੰਘ ਵਾ…: [570, 232, 752, 273]
